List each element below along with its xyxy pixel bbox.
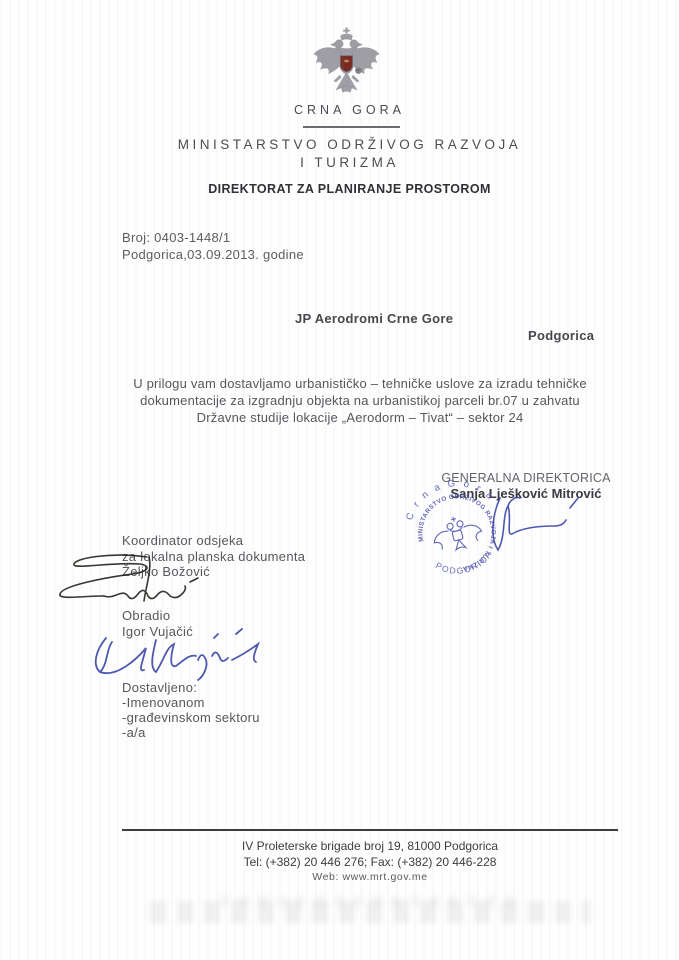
country-name: CRNA GORA: [20, 103, 679, 117]
recipient-city: Podgorica: [528, 328, 594, 343]
ministry-name-line1: MINISTARSTVO ODRŽIVOG RAZVOJA: [20, 137, 679, 152]
place-and-date: Podgorica,03.09.2013. godine: [122, 247, 304, 264]
recipient-name: JP Aerodromi Crne Gore: [295, 311, 453, 326]
distribution-label: Dostavljeno:: [122, 680, 260, 695]
footer-tel-fax: Tel: (+382) 20 446 276; Fax: (+382) 20 4…: [61, 855, 679, 871]
montenegro-coat-of-arms-icon: [309, 26, 384, 96]
distribution-item: -građevinskom sektoru: [122, 710, 260, 725]
reference-block: Broj: 0403-1448/1 Podgorica,03.09.2013. …: [122, 230, 304, 263]
scan-bleedthrough-artifact: [150, 901, 590, 923]
footer-address: IV Proleterske brigade broj 19, 81000 Po…: [61, 839, 679, 855]
preparer-signature: [86, 620, 286, 682]
stamp-center-eagle-icon: [429, 511, 484, 554]
distribution-item: -Imenovanom: [122, 695, 260, 710]
scanned-letter-page: CRNA GORA MINISTARSTVO ODRŽIVOG RAZVOJA …: [0, 0, 679, 960]
body-line-3: Državne studije lokacije „Aerodorm – Tiv…: [80, 409, 640, 426]
coordinator-signature: [52, 544, 247, 614]
distribution-item: -a/a: [122, 725, 260, 740]
distribution-block: Dostavljeno: -Imenovanom -građevinskom s…: [122, 680, 260, 740]
ministry-name-line2: I TURIZMA: [20, 155, 679, 170]
director-signature: [478, 486, 598, 566]
reference-number: Broj: 0403-1448/1: [122, 230, 304, 247]
crest-shield: [341, 56, 353, 72]
body-line-2: dokumentacije za izgradnju objekta na ur…: [80, 392, 640, 409]
footer-divider: [122, 829, 618, 831]
footer-web: Web: www.mrt.gov.me: [61, 870, 679, 885]
body-line-1: U prilogu vam dostavljamo urbanističko –…: [80, 375, 640, 392]
footer-block: IV Proleterske brigade broj 19, 81000 Po…: [61, 839, 679, 885]
directorate-name: DIREKTORAT ZA PLANIRANJE PROSTOROM: [20, 182, 679, 196]
letter-body: U prilogu vam dostavljamo urbanističko –…: [80, 375, 640, 426]
header-divider: [303, 126, 400, 128]
